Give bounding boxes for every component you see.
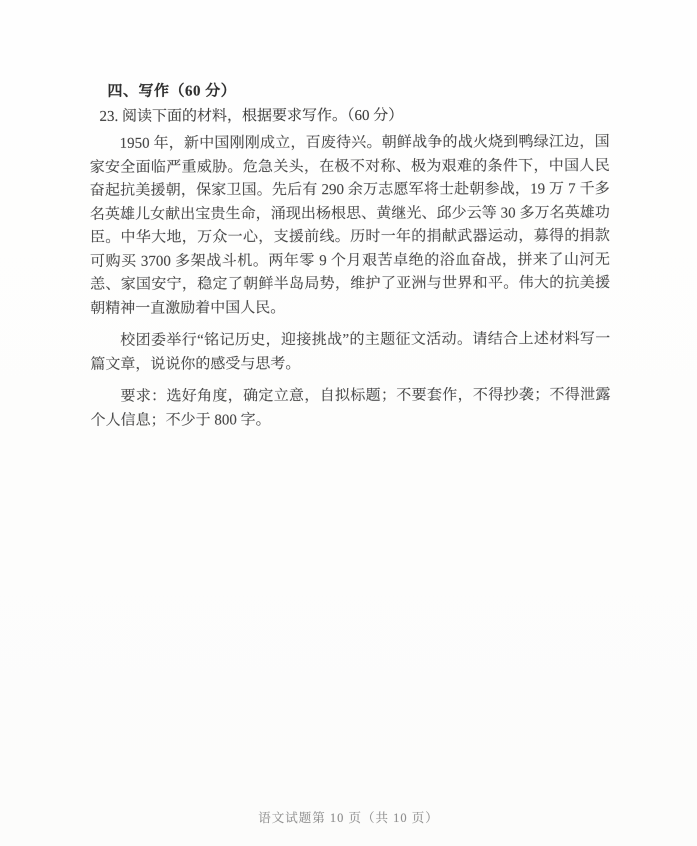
- task-paragraph: 校团委举行“铭记历史，迎接挑战”的主题征文活动。请结合上述材料写一篇文章，说说你…: [90, 328, 610, 377]
- requirements-paragraph: 要求：选好角度，确定立意，自拟标题；不要套作，不得抄袭；不得泄露个人信息；不少于…: [90, 384, 610, 433]
- scanned-exam-page: 四、写作（60 分） 23. 阅读下面的材料，根据要求写作。（60 分） 195…: [0, 0, 697, 846]
- section-heading: 四、写作（60 分）: [107, 79, 609, 104]
- material-paragraph: 1950 年，新中国刚刚成立，百废待兴。朝鲜战争的战火烧到鸭绿江边，国家安全面临…: [90, 131, 611, 321]
- page-number-footer: 语文试题第 10 页（共 10 页）: [0, 808, 697, 826]
- question-number-line: 23. 阅读下面的材料，根据要求写作。（60 分）: [99, 104, 609, 129]
- exam-text-block: 四、写作（60 分） 23. 阅读下面的材料，根据要求写作。（60 分） 195…: [89, 79, 610, 433]
